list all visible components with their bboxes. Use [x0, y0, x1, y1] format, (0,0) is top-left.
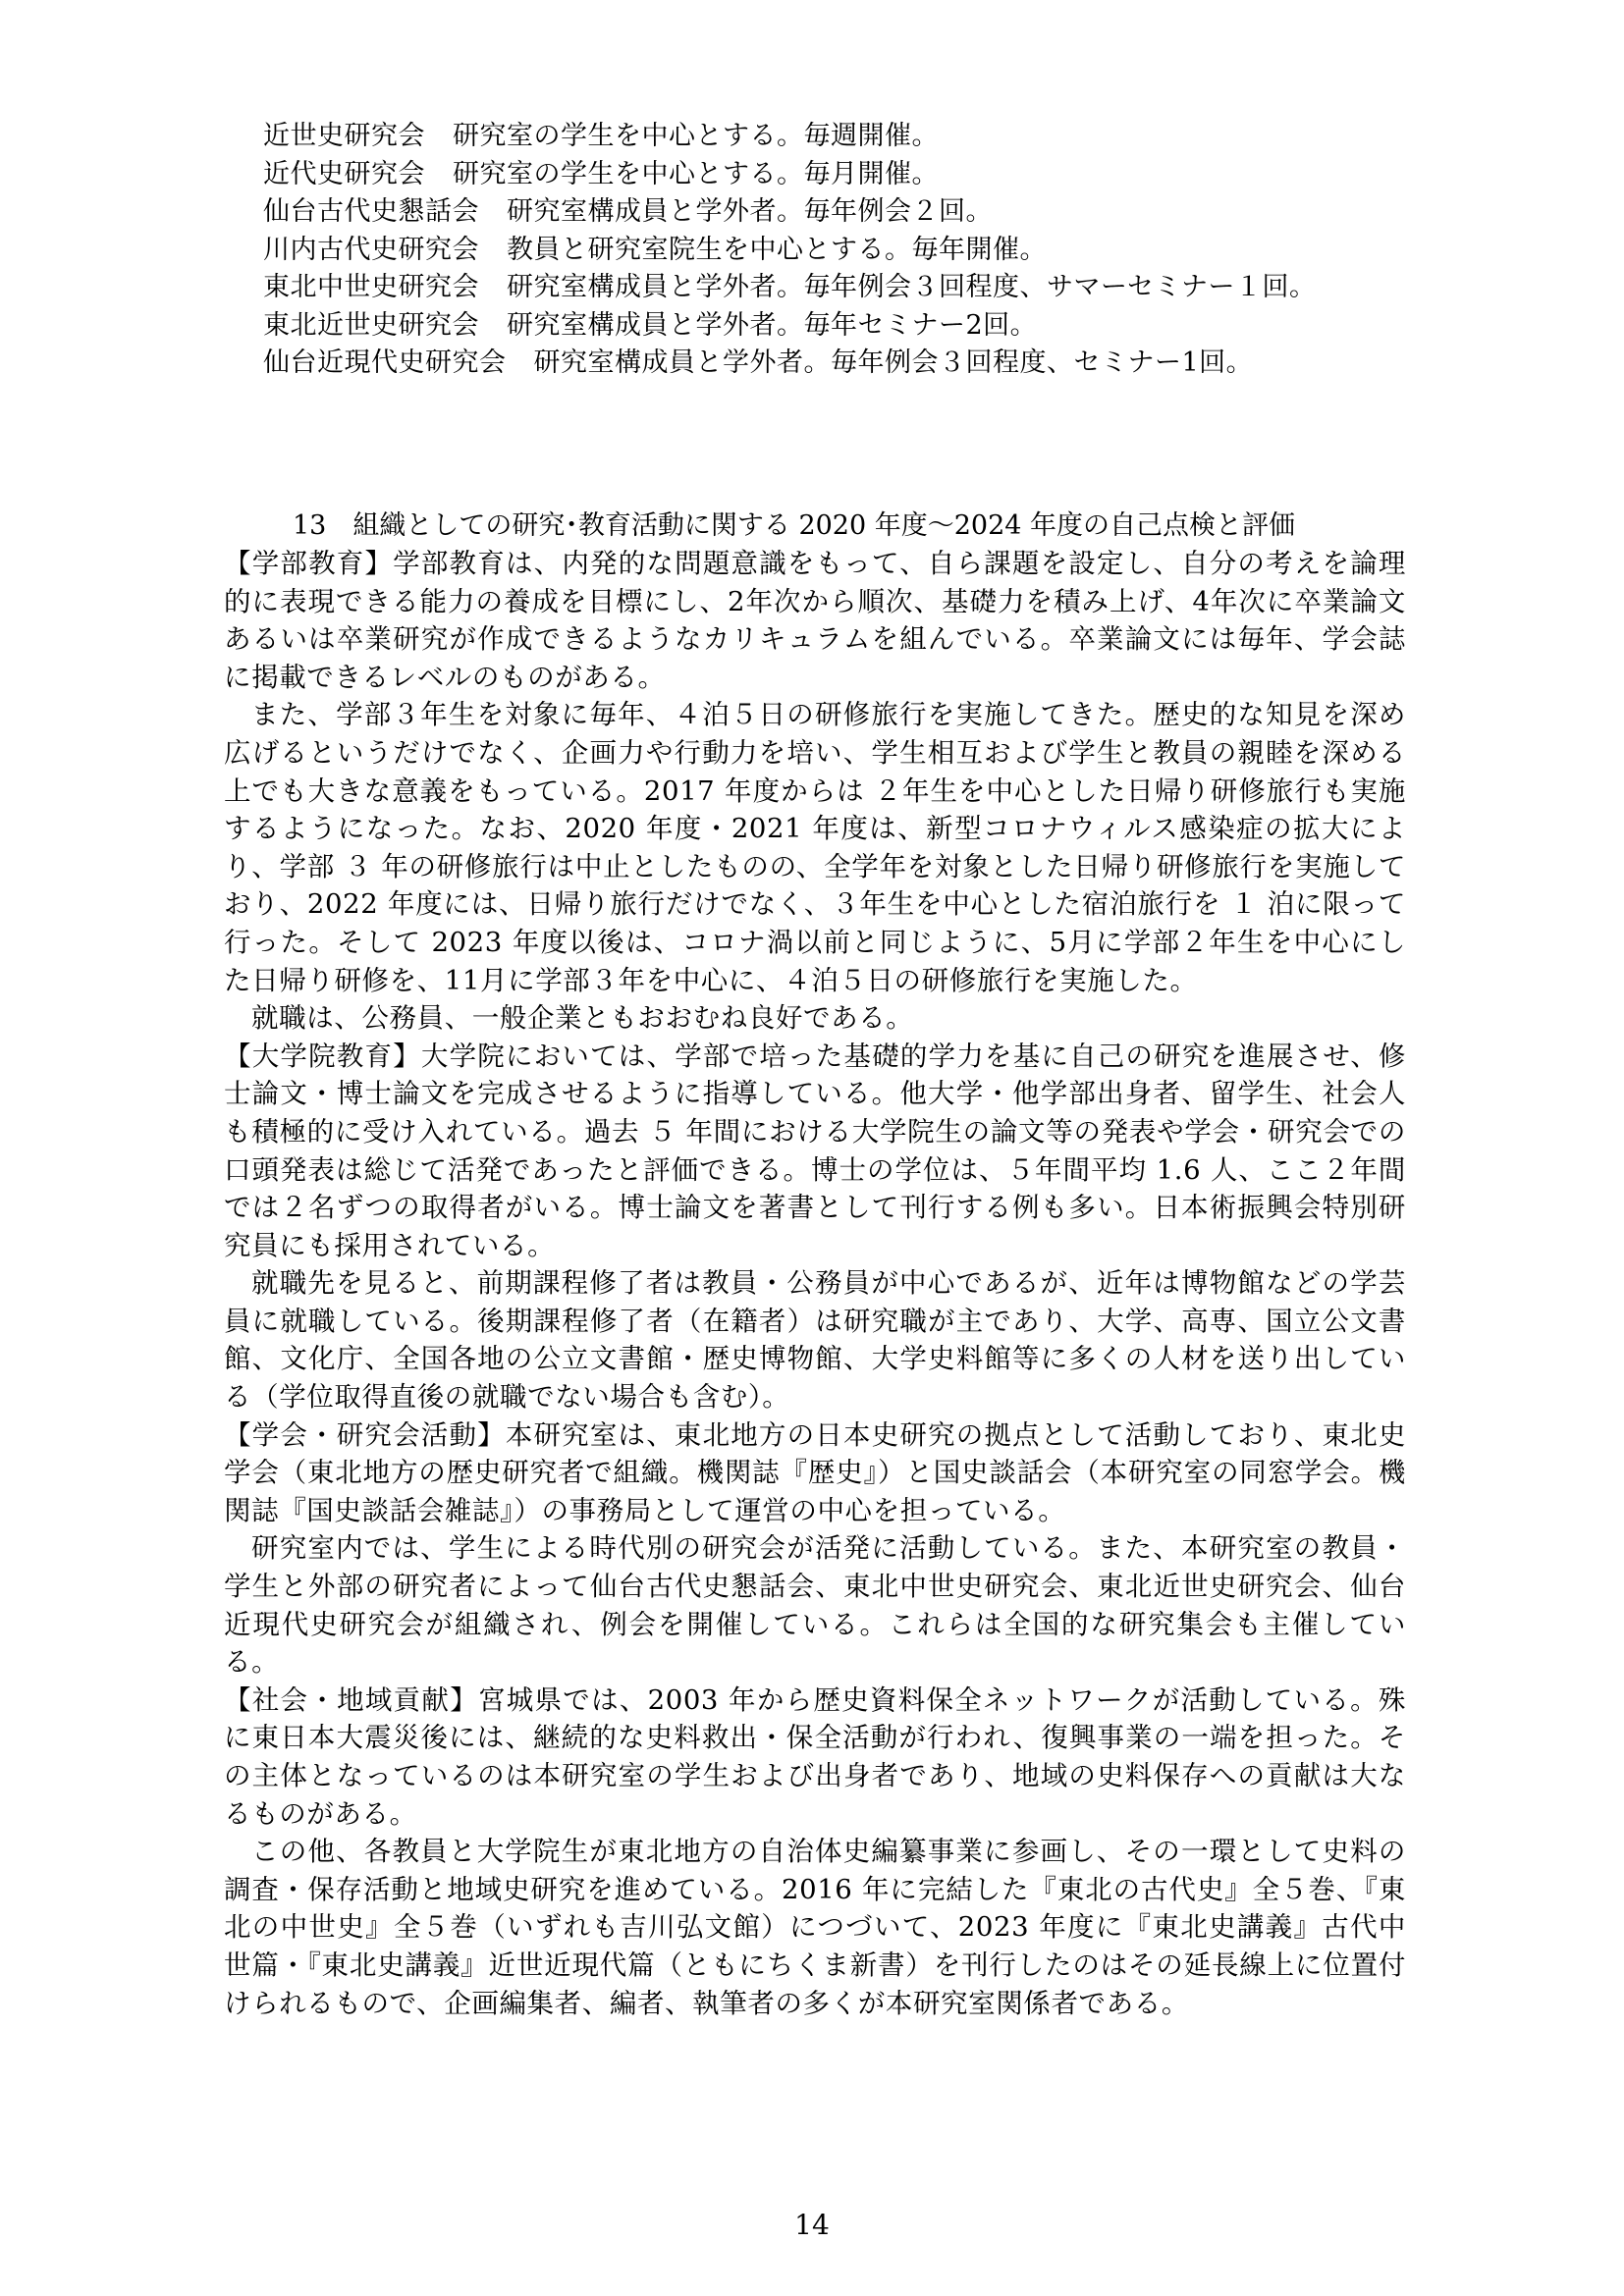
paragraph-graduate: 【大学院教育】大学院においては、学部で培った基礎的学力を基に自己の研究を進展させ…: [224, 1038, 1406, 1265]
paragraph-text: また、学部３年生を対象に毎年、４泊５日の研修旅行を実施してきた。歴史的な知見を深…: [224, 699, 1406, 995]
paragraph-text: 就職は、公務員、一般企業ともおおむね良好である。: [251, 1002, 913, 1034]
list-item: 東北中世史研究会研究室構成員と学外者。毎年例会３回程度、サマーセミナー１回。: [263, 269, 1412, 307]
paragraph-heading: 【学部教育】: [224, 548, 393, 579]
paragraph-heading: 【学会・研究会活動】: [224, 1419, 506, 1451]
paragraph-heading: 【大学院教育】: [224, 1041, 421, 1072]
group-name: 仙台近現代史研究会: [263, 347, 507, 378]
paragraph-heading: 【社会・地域貢献】: [224, 1684, 478, 1716]
section-title: 13 組織としての研究･教育活動に関する 2020 年度～2024 年度の自己点…: [224, 507, 1406, 545]
group-name: 仙台古代史懇話会: [263, 196, 479, 227]
paragraph-undergraduate: 【学部教育】学部教育は、内発的な問題意識をもって、自ら課題を設定し、自分の考えを…: [224, 545, 1406, 696]
group-name: 東北中世史研究会: [263, 272, 479, 302]
group-description: 研究室の学生を中心とする。毎週開催。: [453, 121, 939, 151]
page-number: 14: [0, 2209, 1624, 2242]
list-item: 川内古代史研究会教員と研究室院生を中心とする。毎年開催。: [263, 232, 1412, 270]
list-item: 近世史研究会研究室の学生を中心とする。毎週開催。: [263, 118, 1412, 156]
paragraph-local-history: この他、各教員と大学院生が東北地方の自治体史編纂事業に参画し、その一環として史料…: [224, 1833, 1406, 2022]
paragraph-community: 【社会・地域貢献】宮城県では、2003 年から歴史資料保全ネットワークが活動して…: [224, 1682, 1406, 1833]
group-description: 教員と研究室院生を中心とする。毎年開催。: [507, 235, 1047, 265]
group-description: 研究室の学生を中心とする。毎月開催。: [453, 159, 939, 189]
group-name: 近代史研究会: [263, 159, 425, 189]
group-name: 川内古代史研究会: [263, 235, 479, 265]
list-item: 東北近世史研究会研究室構成員と学外者。毎年セミナー2回。: [263, 307, 1412, 346]
paragraph-study-groups: 研究室内では、学生による時代別の研究会が活発に活動している。また、本研究室の教員…: [224, 1529, 1406, 1681]
paragraph-text: この他、各教員と大学院生が東北地方の自治体史編纂事業に参画し、その一環として史料…: [224, 1836, 1406, 2018]
paragraph-text: 大学院においては、学部で培った基礎的学力を基に自己の研究を進展させ、修士論文・博…: [224, 1041, 1406, 1261]
group-description: 研究室構成員と学外者。毎年セミナー2回。: [507, 310, 1037, 341]
group-name: 東北近世史研究会: [263, 310, 479, 341]
document-page: 近世史研究会研究室の学生を中心とする。毎週開催。 近代史研究会研究室の学生を中心…: [0, 0, 1624, 2296]
study-group-list: 近世史研究会研究室の学生を中心とする。毎週開催。 近代史研究会研究室の学生を中心…: [263, 118, 1412, 383]
group-name: 近世史研究会: [263, 121, 425, 151]
self-evaluation-section: 13 組織としての研究･教育活動に関する 2020 年度～2024 年度の自己点…: [224, 507, 1406, 2022]
paragraph-text: 学部教育は、内発的な問題意識をもって、自ら課題を設定し、自分の考えを論理的に表現…: [224, 548, 1406, 693]
group-description: 研究室構成員と学外者。毎年例会３回程度、セミナー1回。: [534, 347, 1254, 378]
paragraph-text: 就職先を見ると、前期課程修了者は教員・公務員が中心であるが、近年は博物館などの学…: [224, 1267, 1406, 1413]
list-item: 仙台古代史懇話会研究室構成員と学外者。毎年例会２回。: [263, 193, 1412, 232]
group-description: 研究室構成員と学外者。毎年例会３回程度、サマーセミナー１回。: [507, 272, 1316, 302]
paragraph-employment: 就職は、公務員、一般企業ともおおむね良好である。: [224, 999, 1406, 1038]
group-description: 研究室構成員と学外者。毎年例会２回。: [507, 196, 993, 227]
list-item: 仙台近現代史研究会研究室構成員と学外者。毎年例会３回程度、セミナー1回。: [263, 345, 1412, 383]
paragraph-study-trip: また、学部３年生を対象に毎年、４泊５日の研修旅行を実施してきた。歴史的な知見を深…: [224, 696, 1406, 999]
list-item: 近代史研究会研究室の学生を中心とする。毎月開催。: [263, 156, 1412, 194]
paragraph-text: 研究室内では、学生による時代別の研究会が活発に活動している。また、本研究室の教員…: [224, 1532, 1406, 1678]
paragraph-graduate-employment: 就職先を見ると、前期課程修了者は教員・公務員が中心であるが、近年は博物館などの学…: [224, 1264, 1406, 1415]
paragraph-academic-societies: 【学会・研究会活動】本研究室は、東北地方の日本史研究の拠点として活動しており、東…: [224, 1416, 1406, 1530]
